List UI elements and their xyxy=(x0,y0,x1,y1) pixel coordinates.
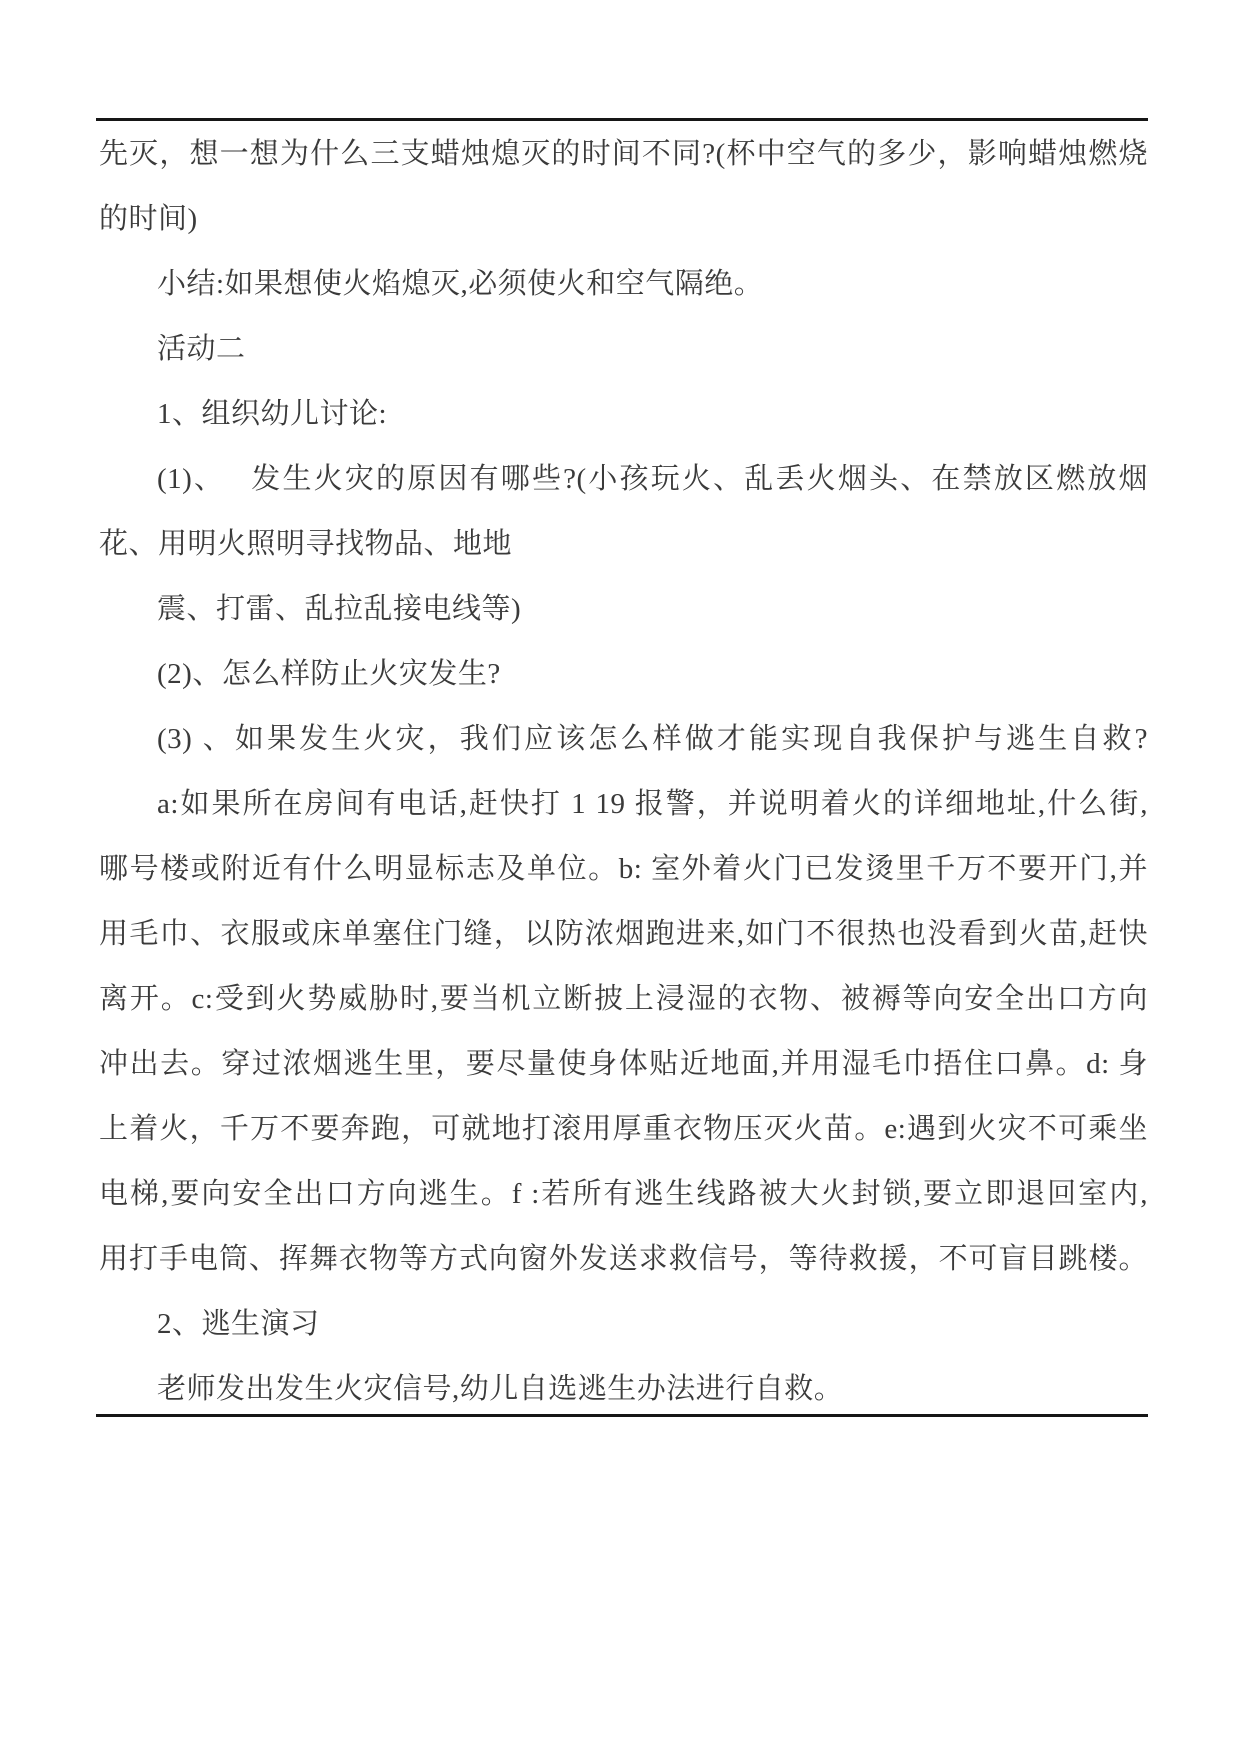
bottom-horizontal-rule xyxy=(96,1414,1148,1417)
document-text-block: 先灭，想一想为什么三支蜡烛熄灭的时间不同?(杯中空气的多少，影响蜡烛燃烧 的时间… xyxy=(99,122,1148,1422)
top-horizontal-rule xyxy=(96,118,1148,121)
document-line: 小结:如果想使火焰熄灭,必须使火和空气隔绝。 xyxy=(99,252,1148,317)
document-line: 上着火，千万不要奔跑，可就地打滚用厚重衣物压灭火苗。e:遇到火灾不可乘坐 xyxy=(99,1097,1148,1162)
document-line: 冲出去。穿过浓烟逃生里，要尽量使身体贴近地面,并用湿毛巾捂住口鼻。d: 身 xyxy=(99,1032,1148,1097)
document-line: (1)、 发生火灾的原因有哪些?(小孩玩火、乱丢火烟头、在禁放区燃放烟 xyxy=(99,447,1148,512)
document-line: 用毛巾、衣服或床单塞住门缝，以防浓烟跑进来,如门不很热也没看到火苗,赶快 xyxy=(99,902,1148,967)
document-line: (3) 、如果发生火灾，我们应该怎么样做才能实现自我保护与逃生自救? xyxy=(99,707,1148,772)
document-line: 老师发出发生火灾信号,幼儿自选逃生办法进行自救。 xyxy=(99,1357,1148,1422)
document-line: 震、打雷、乱拉乱接电线等) xyxy=(99,577,1148,642)
document-line: 电梯,要向安全出口方向逃生。f :若所有逃生线路被大火封锁,要立即退回室内, xyxy=(99,1162,1148,1227)
document-line: 离开。c:受到火势威胁时,要当机立断披上浸湿的衣物、被褥等向安全出口方向 xyxy=(99,967,1148,1032)
document-line: 用打手电筒、挥舞衣物等方式向窗外发送求救信号，等待救援，不可盲目跳楼。 xyxy=(99,1227,1148,1292)
document-line: 2、逃生演习 xyxy=(99,1292,1148,1357)
document-line: (2)、怎么样防止火灾发生? xyxy=(99,642,1148,707)
document-line: 1、组织幼儿讨论: xyxy=(99,382,1148,447)
document-line: 活动二 xyxy=(99,317,1148,382)
document-line: 先灭，想一想为什么三支蜡烛熄灭的时间不同?(杯中空气的多少，影响蜡烛燃烧 xyxy=(99,122,1148,187)
document-line: 花、用明火照明寻找物品、地地 xyxy=(99,512,1148,577)
document-line: 的时间) xyxy=(99,187,1148,252)
document-line: 哪号楼或附近有什么明显标志及单位。b: 室外着火门已发烫里千万不要开门,并 xyxy=(99,837,1148,902)
document-line: a:如果所在房间有电话,赶快打 1 19 报警，并说明着火的详细地址,什么街, xyxy=(99,772,1148,837)
